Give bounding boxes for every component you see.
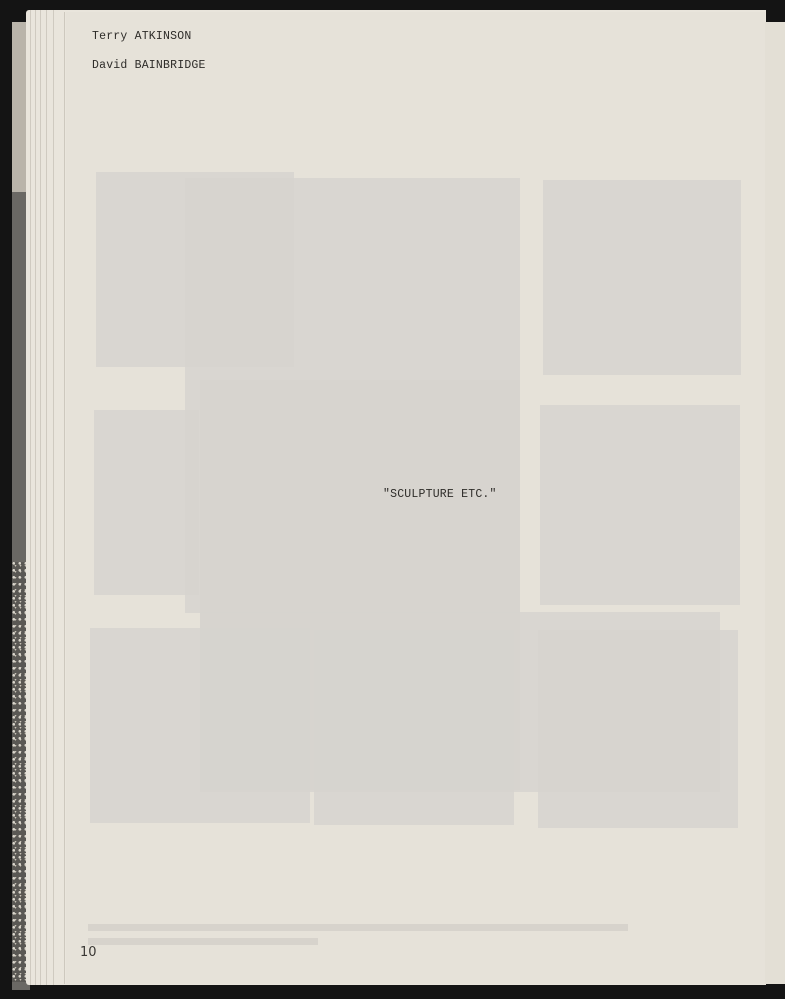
bleed-through-image [200,612,720,792]
bleed-through-image [540,405,740,605]
page-number: 10 [80,945,97,960]
author-name: David BAINBRIDGE [92,59,206,72]
bleed-through-text [88,938,318,945]
bleed-through-image [543,180,741,375]
bleed-through-text [88,924,628,931]
bleed-through-image [94,410,199,595]
document-title: "SCULPTURE ETC." [383,488,497,501]
author-name: Terry ATKINSON [92,30,191,43]
next-page-edge [764,22,785,984]
